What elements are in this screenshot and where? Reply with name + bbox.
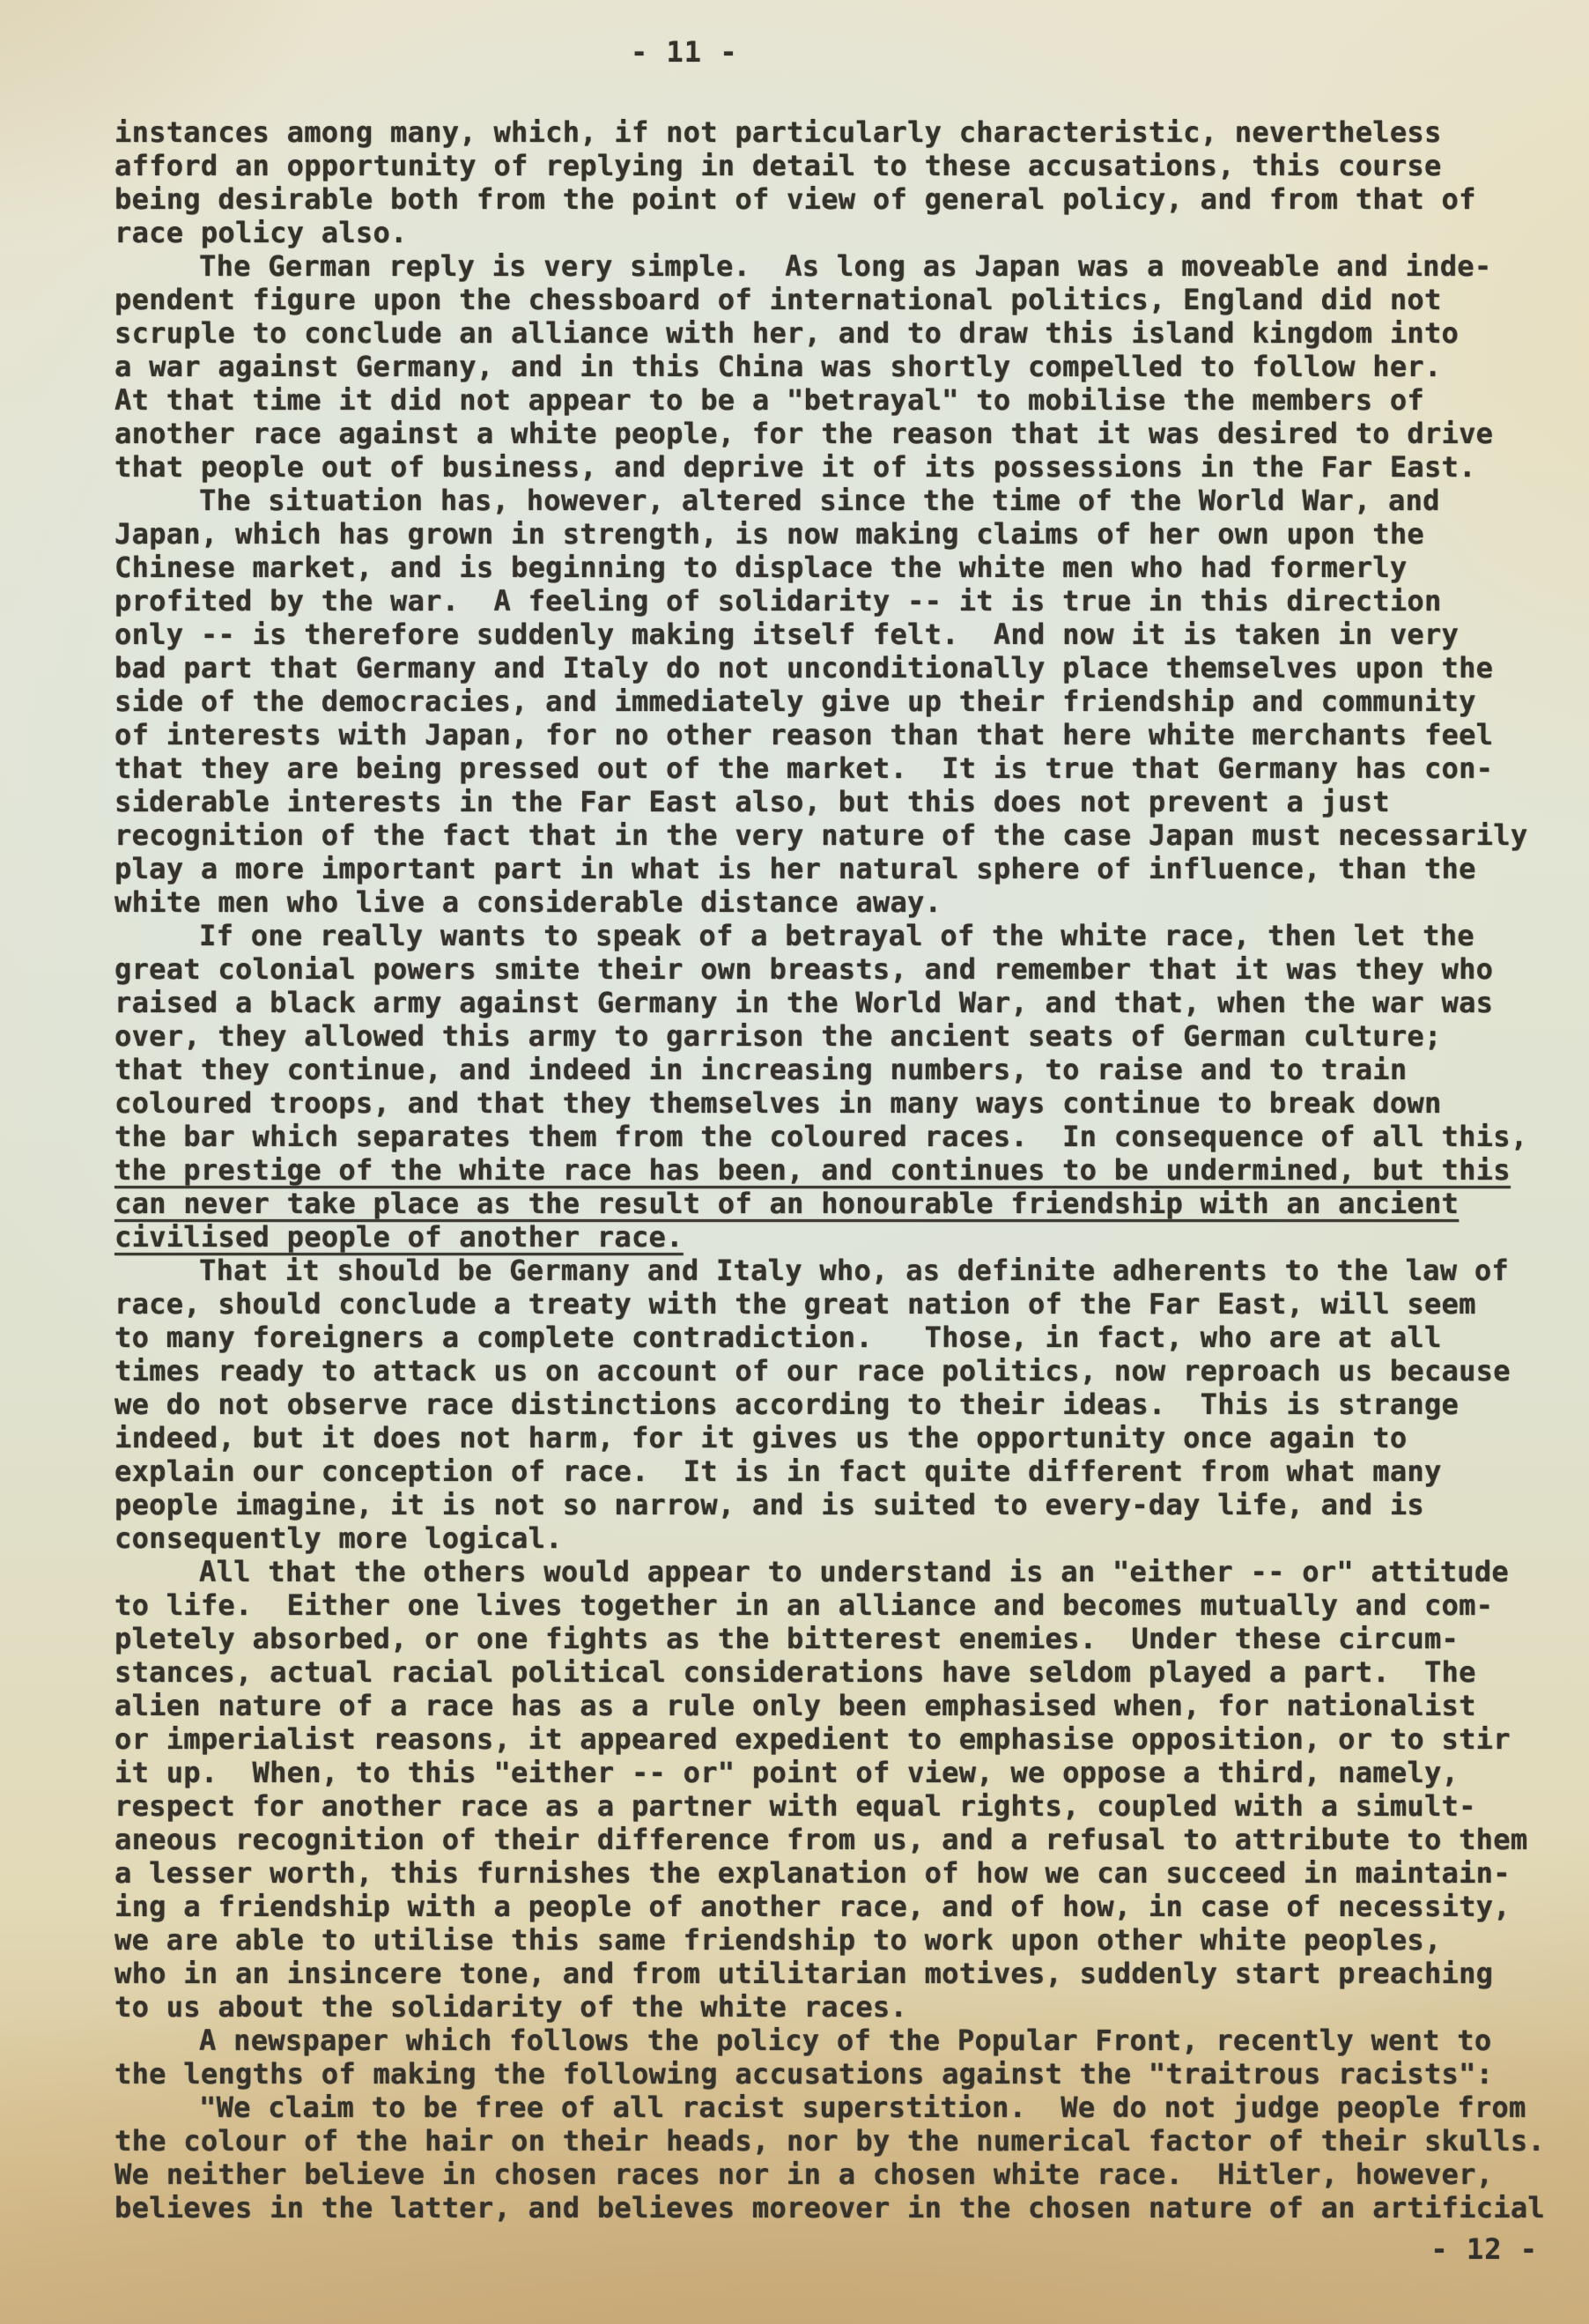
paragraph: instances among many, which, if not part… <box>115 115 1577 249</box>
text-line: over, they allowed this army to garrison… <box>115 1019 1577 1053</box>
text-line: side of the democracies, and immediately… <box>115 685 1577 718</box>
paragraph: The situation has, however, altered sinc… <box>115 484 1577 919</box>
text-line: or imperialist reasons, it appeared expe… <box>115 1722 1577 1756</box>
text-line: stances, actual racial political conside… <box>115 1655 1577 1689</box>
text-line: to us about the solidarity of the white … <box>115 1990 1577 2024</box>
text-line: That it should be Germany and Italy who,… <box>115 1254 1577 1287</box>
text-line: great colonial powers smite their own br… <box>115 952 1577 986</box>
text-line: the lengths of making the following accu… <box>115 2057 1577 2091</box>
text-line: a lesser worth, this furnishes the expla… <box>115 1856 1577 1890</box>
text-line: aneous recognition of their difference f… <box>115 1823 1577 1856</box>
text-line: bad part that Germany and Italy do not u… <box>115 651 1577 685</box>
paragraph: All that the others would appear to unde… <box>115 1555 1577 2024</box>
text-line: times ready to attack us on account of o… <box>115 1354 1577 1388</box>
text-line: A newspaper which follows the policy of … <box>115 2024 1577 2057</box>
text-line: to many foreigners a complete contradict… <box>115 1321 1577 1354</box>
text-line: only -- is therefore suddenly making its… <box>115 618 1577 651</box>
text-line: we are able to utilise this same friends… <box>115 1923 1577 1957</box>
text-line: we do not observe race distinctions acco… <box>115 1388 1577 1421</box>
text-line: Chinese market, and is beginning to disp… <box>115 551 1577 584</box>
text-line: race policy also. <box>115 216 1577 249</box>
text-line: pendent figure upon the chessboard of in… <box>115 283 1577 316</box>
text-line: instances among many, which, if not part… <box>115 115 1577 149</box>
text-line: profited by the war. A feeling of solida… <box>115 584 1577 618</box>
text-line: The German reply is very simple. As long… <box>115 249 1577 283</box>
text-line: being desirable both from the point of v… <box>115 182 1577 216</box>
text-line: that people out of business, and deprive… <box>115 450 1577 484</box>
text-line: All that the others would appear to unde… <box>115 1555 1577 1588</box>
text-line: another race against a white people, for… <box>115 417 1577 450</box>
text-line: raised a black army against Germany in t… <box>115 986 1577 1019</box>
paragraph: If one really wants to speak of a betray… <box>115 919 1577 1254</box>
typewritten-page: - 11 - instances among many, which, if n… <box>0 0 1589 2324</box>
text-line: If one really wants to speak of a betray… <box>115 919 1577 952</box>
paragraph: A newspaper which follows the policy of … <box>115 2024 1577 2091</box>
text-line: alien nature of a race has as a rule onl… <box>115 1689 1577 1722</box>
text-line: it up. When, to this "either -- or" poin… <box>115 1756 1577 1789</box>
text-line: afford an opportunity of replying in det… <box>115 149 1577 182</box>
text-line: The situation has, however, altered sinc… <box>115 484 1577 517</box>
text-line: who in an insincere tone, and from utili… <box>115 1957 1577 1990</box>
text-line: At that time it did not appear to be a "… <box>115 383 1577 417</box>
text-line: civilised people of another race. <box>115 1220 1577 1254</box>
text-line: believes in the latter, and believes mor… <box>115 2191 1577 2224</box>
text-line: the colour of the hair on their heads, n… <box>115 2124 1577 2157</box>
text-line: consequently more logical. <box>115 1521 1577 1555</box>
document-body: instances among many, which, if not part… <box>115 115 1577 2224</box>
text-line: ing a friendship with a people of anothe… <box>115 1890 1577 1923</box>
page-number-top: - 11 - <box>631 35 738 69</box>
text-line: the prestige of the white race has been,… <box>115 1153 1577 1187</box>
text-line: Japan, which has grown in strength, is n… <box>115 517 1577 551</box>
text-line: can never take place as the result of an… <box>115 1187 1577 1220</box>
page-number-bottom: - 12 - <box>1430 2232 1538 2266</box>
text-line: pletely absorbed, or one fights as the b… <box>115 1622 1577 1655</box>
text-line: that they continue, and indeed in increa… <box>115 1053 1577 1086</box>
text-line: coloured troops, and that they themselve… <box>115 1086 1577 1120</box>
text-line: respect for another race as a partner wi… <box>115 1789 1577 1823</box>
text-line: scruple to conclude an alliance with her… <box>115 316 1577 350</box>
text-line: explain our conception of race. It is in… <box>115 1454 1577 1488</box>
paragraph: That it should be Germany and Italy who,… <box>115 1254 1577 1555</box>
text-line: We neither believe in chosen races nor i… <box>115 2157 1577 2191</box>
text-line: siderable interests in the Far East also… <box>115 785 1577 818</box>
text-line: of interests with Japan, for no other re… <box>115 718 1577 751</box>
text-line: that they are being pressed out of the m… <box>115 751 1577 785</box>
text-line: "We claim to be free of all racist super… <box>115 2091 1577 2124</box>
text-line: play a more important part in what is he… <box>115 852 1577 885</box>
text-line: people imagine, it is not so narrow, and… <box>115 1488 1577 1521</box>
text-line: indeed, but it does not harm, for it giv… <box>115 1421 1577 1454</box>
text-line: to life. Either one lives together in an… <box>115 1588 1577 1622</box>
paragraph: "We claim to be free of all racist super… <box>115 2091 1577 2224</box>
paragraph: The German reply is very simple. As long… <box>115 249 1577 484</box>
text-line: white men who live a considerable distan… <box>115 885 1577 919</box>
text-line: a war against Germany, and in this China… <box>115 350 1577 383</box>
text-line: recognition of the fact that in the very… <box>115 818 1577 852</box>
text-line: the bar which separates them from the co… <box>115 1120 1577 1153</box>
text-line: race, should conclude a treaty with the … <box>115 1287 1577 1321</box>
